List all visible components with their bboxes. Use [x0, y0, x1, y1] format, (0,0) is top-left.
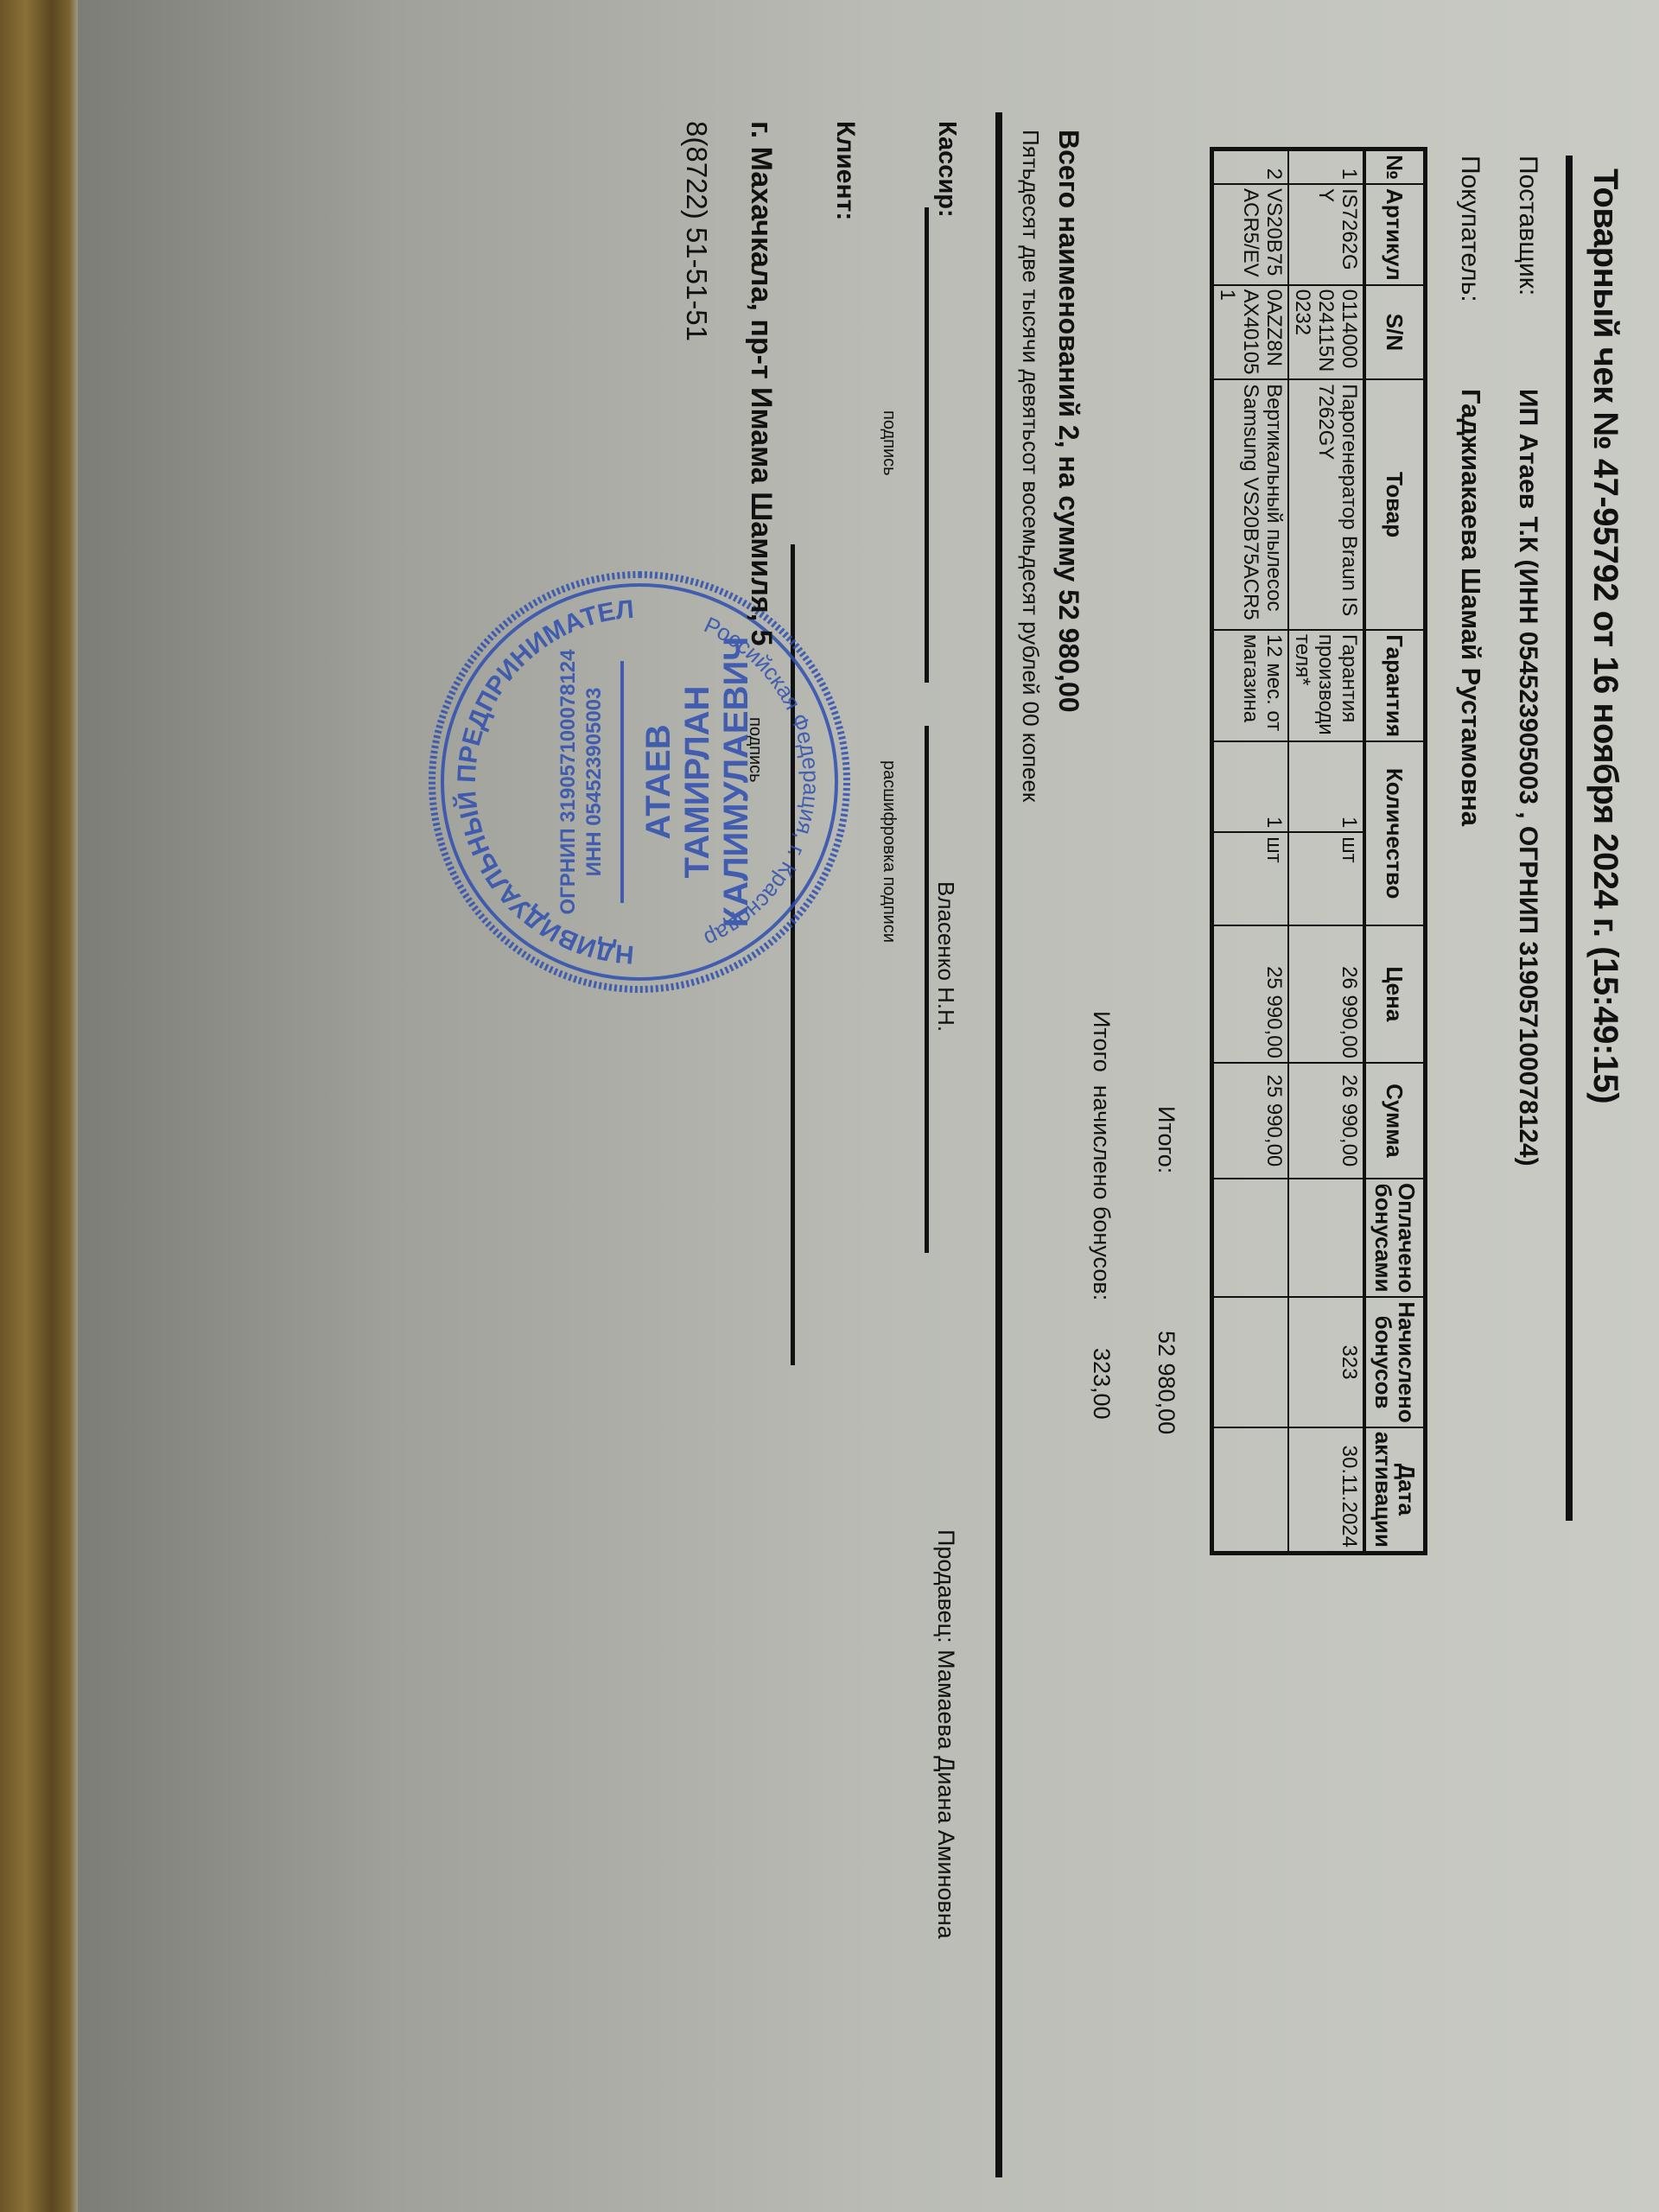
cashier-signature-line — [925, 207, 929, 683]
col-header: Начислено бонусов — [1364, 1297, 1426, 1427]
buyer-line: Покупатель:Гаджиакаева Шамай Рустамовна — [1455, 156, 1486, 826]
col-header: Артикул — [1364, 184, 1426, 285]
cell-serial: 0114000024115N0232 — [1288, 285, 1364, 380]
total-label: Итого: — [1153, 1106, 1179, 1173]
cashier-label: Кассир: — [932, 121, 961, 218]
cell-unit: шт — [1212, 832, 1289, 925]
col-header: Товар — [1364, 379, 1426, 630]
receipt-paper: Товарный чек № 47-95792 от 16 ноября 202… — [78, 0, 1659, 2212]
store-address: г. Махачкала, пр-т Имама Шамиля, 5 — [744, 121, 778, 646]
cell-activation-date: 30.11.2024 — [1288, 1427, 1364, 1554]
cell-accrued-bonus: 323 — [1288, 1297, 1364, 1427]
buyer-label: Покупатель: — [1455, 156, 1484, 328]
stamp-name-line2: ТАМИРЛАН — [678, 686, 716, 879]
col-header: Сумма — [1364, 1063, 1426, 1179]
cell-price: 25 990,00 — [1212, 925, 1289, 1063]
cell-serial: 0AZZ8NAX401051 — [1212, 285, 1289, 380]
stamp-ogrnip: ОГРНИП 319057100078124 — [556, 649, 580, 915]
supplier-label: Поставщик: — [1513, 156, 1542, 328]
cell-paid-bonus — [1212, 1179, 1289, 1297]
company-stamp: ИНДИВИДУАЛЬНЫЙ ПРЕДПРИНИМАТЕЛЬ Российска… — [423, 566, 855, 998]
signature-caption: подпись — [879, 410, 899, 476]
cell-number: 2 — [1212, 149, 1289, 184]
col-header: Количество — [1364, 741, 1426, 925]
supplier-line: Поставщик:ИП Атаев Т.К (ИНН 054523905003… — [1513, 156, 1542, 1166]
cell-sum: 26 990,00 — [1288, 1063, 1364, 1179]
cell-price: 26 990,00 — [1288, 925, 1364, 1063]
total-value: 52 980,00 — [1153, 1331, 1179, 1434]
stamp-name-line3: КАЛИМУЛАЕВИЧ — [717, 637, 755, 928]
cashier-decoding-line — [925, 726, 929, 1253]
cashier-name: Власенко Н.Н. — [932, 881, 959, 1032]
section-divider — [995, 112, 1002, 2177]
decoding-caption: расшифровка подписи — [879, 760, 899, 943]
stamp-inn: ИНН 054523905003 — [582, 688, 606, 877]
cell-accrued-bonus — [1212, 1297, 1289, 1427]
bonus-total-label: Итого начислено бонусов: — [1088, 1011, 1115, 1300]
col-header: № — [1364, 149, 1426, 184]
items-summary: Всего наименований 2, на сумму 52 980,00 — [1052, 130, 1084, 713]
cell-sum: 25 990,00 — [1212, 1063, 1289, 1179]
amount-in-words: Пятьдесят две тысячи девятьсот восемьдес… — [1017, 130, 1044, 802]
store-phone: 8(8722) 51-51-51 — [680, 121, 713, 341]
items-table: № Артикул S/N Товар Гарантия Количество … — [1210, 147, 1427, 1555]
bonus-total-value: 323,00 — [1088, 1348, 1115, 1420]
receipt-title: Товарный чек № 47-95792 от 16 ноября 202… — [1586, 168, 1624, 1103]
cell-product: Парогенератор Braun IS7262GY — [1288, 379, 1364, 630]
cell-article: IS7262GY — [1288, 184, 1364, 285]
col-header: Гарантия — [1364, 630, 1426, 742]
col-header: Цена — [1364, 925, 1426, 1063]
table-row: 2VS20B75ACR5/EV0AZZ8NAX401051Вертикальны… — [1212, 149, 1289, 1554]
stamp-name-line1: АТАЕВ — [639, 724, 677, 839]
buyer-value: Гаджиакаева Шамай Рустамовна — [1456, 328, 1486, 826]
cell-article: VS20B75ACR5/EV — [1212, 184, 1289, 285]
seller-name: Продавец: Мамаева Диана Аминовна — [932, 1529, 959, 1939]
cell-warranty: Гарантия производителя* — [1288, 630, 1364, 742]
supplier-value: ИП Атаев Т.К (ИНН 054523905003 , ОГРНИП … — [1514, 328, 1542, 1166]
table-row: 1IS7262GY0114000024115N0232Парогенератор… — [1288, 149, 1364, 1554]
cell-activation-date — [1212, 1427, 1289, 1554]
table-header-row: № Артикул S/N Товар Гарантия Количество … — [1364, 149, 1426, 1554]
col-header: S/N — [1364, 285, 1426, 380]
col-header: Дата активации — [1364, 1427, 1426, 1554]
cell-unit: шт — [1288, 832, 1364, 925]
cell-product: Вертикальный пылесос Samsung VS20B75ACR5 — [1212, 379, 1289, 630]
client-label: Клиент: — [830, 121, 860, 220]
title-divider — [1566, 156, 1573, 1521]
cell-number: 1 — [1288, 149, 1364, 184]
cell-quantity: 1 — [1212, 741, 1289, 832]
sales-receipt: Товарный чек № 47-95792 от 16 ноября 202… — [78, 0, 1659, 2212]
cell-paid-bonus — [1288, 1179, 1364, 1297]
col-header: Оплачено бонусами — [1364, 1179, 1426, 1297]
cell-warranty: 12 мес. от магазина — [1212, 630, 1289, 742]
stamp-seal-icon: ИНДИВИДУАЛЬНЫЙ ПРЕДПРИНИМАТЕЛЬ Российска… — [423, 566, 855, 998]
cell-quantity: 1 — [1288, 741, 1364, 832]
